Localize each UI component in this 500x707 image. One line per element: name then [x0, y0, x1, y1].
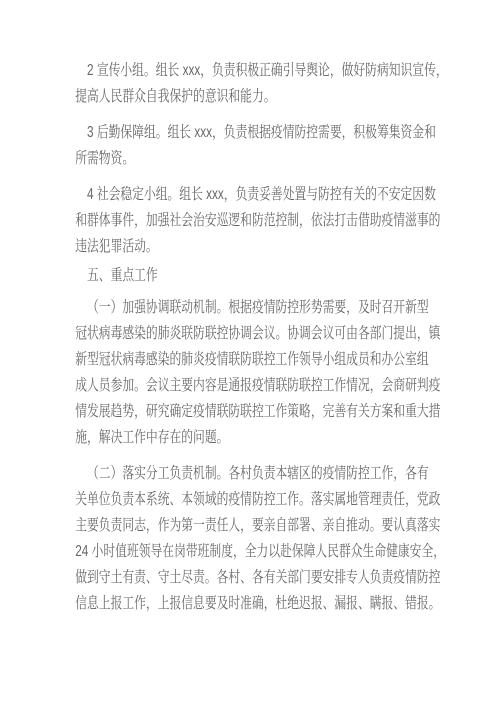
paragraph-coordination-mechanism: （一）加强协调联动机制。根据疫情防控形势需要，及时召开新型冠状病毒感染的肺炎联防… [75, 295, 431, 451]
paragraph-responsibility-mechanism: （二）落实分工负责机制。各村负责本辖区的疫情防控工作，各有关单位负责本系统、本领… [75, 461, 431, 617]
text-line: 主要负责同志，作为第一责任人，要亲自部署、亲自推动。要认真落实 [75, 513, 431, 539]
paragraph-social-stability-group: 4 社会稳定小组。组长 xxx，负责妥善处置与防控有关的不安定因数和群体事件，加… [75, 182, 431, 260]
text-line: （一）加强协调联动机制。根据疫情防控形势需要，及时召开新型 [75, 295, 431, 321]
text-line: 和群体事件，加强社会治安巡逻和防范控制，依法打击借助疫情滋事的 [75, 208, 431, 234]
text-line: 提高人民群众自我保护的意识和能力。 [75, 84, 431, 110]
paragraph-publicity-group: 2 宣传小组。组长 xxx，负责积极正确引导舆论，做好防病知识宣传，提高人民群众… [75, 58, 431, 110]
text-line: 成人员参加。会议主要内容是通报疫情联防联控工作情况，会商研判疫 [75, 373, 431, 399]
text-line: 违法犯罪活动。 [75, 234, 431, 260]
text-line: 做到守土有责、守土尽责。各村、各有关部门要安排专人负责疫情防控 [75, 565, 431, 591]
paragraph-logistics-group: 3 后勤保障组。组长 xxx，负责根据疫情防控需要，积极筹集资金和所需物资。 [75, 120, 431, 172]
text-line: 关单位负责本系统、本领域的疫情防控工作。落实属地管理责任，党政 [75, 487, 431, 513]
text-line: （二）落实分工负责机制。各村负责本辖区的疫情防控工作，各有 [75, 461, 431, 487]
text-line: 五、重点工作 [75, 263, 431, 289]
document-body: 2 宣传小组。组长 xxx，负责积极正确引导舆论，做好防病知识宣传，提高人民群众… [0, 0, 500, 657]
section-heading-key-work: 五、重点工作 [75, 263, 431, 289]
text-line: 2 宣传小组。组长 xxx，负责积极正确引导舆论，做好防病知识宣传， [75, 58, 431, 84]
text-line: 3 后勤保障组。组长 xxx，负责根据疫情防控需要，积极筹集资金和 [75, 120, 431, 146]
document-page: 2 宣传小组。组长 xxx，负责积极正确引导舆论，做好防病知识宣传，提高人民群众… [0, 0, 500, 707]
text-line: 24 小时值班领导在岗带班制度，全力以赴保障人民群众生命健康安全， [75, 539, 431, 565]
text-line: 情发展趋势，研究确定疫情联防联控工作策略，完善有关方案和重大措 [75, 399, 431, 425]
text-line: 新型冠状病毒感染的肺炎疫情联防联控工作领导小组成员和办公室组 [75, 347, 431, 373]
text-line: 4 社会稳定小组。组长 xxx，负责妥善处置与防控有关的不安定因数 [75, 182, 431, 208]
text-line: 冠状病毒感染的肺炎联防联控协调会议。协调会议可由各部门提出，镇 [75, 321, 431, 347]
text-line: 信息上报工作，上报信息要及时准确，杜绝迟报、漏报、瞒报、错报。 [75, 591, 431, 617]
text-line: 所需物资。 [75, 146, 431, 172]
text-line: 施，解决工作中存在的问题。 [75, 425, 431, 451]
